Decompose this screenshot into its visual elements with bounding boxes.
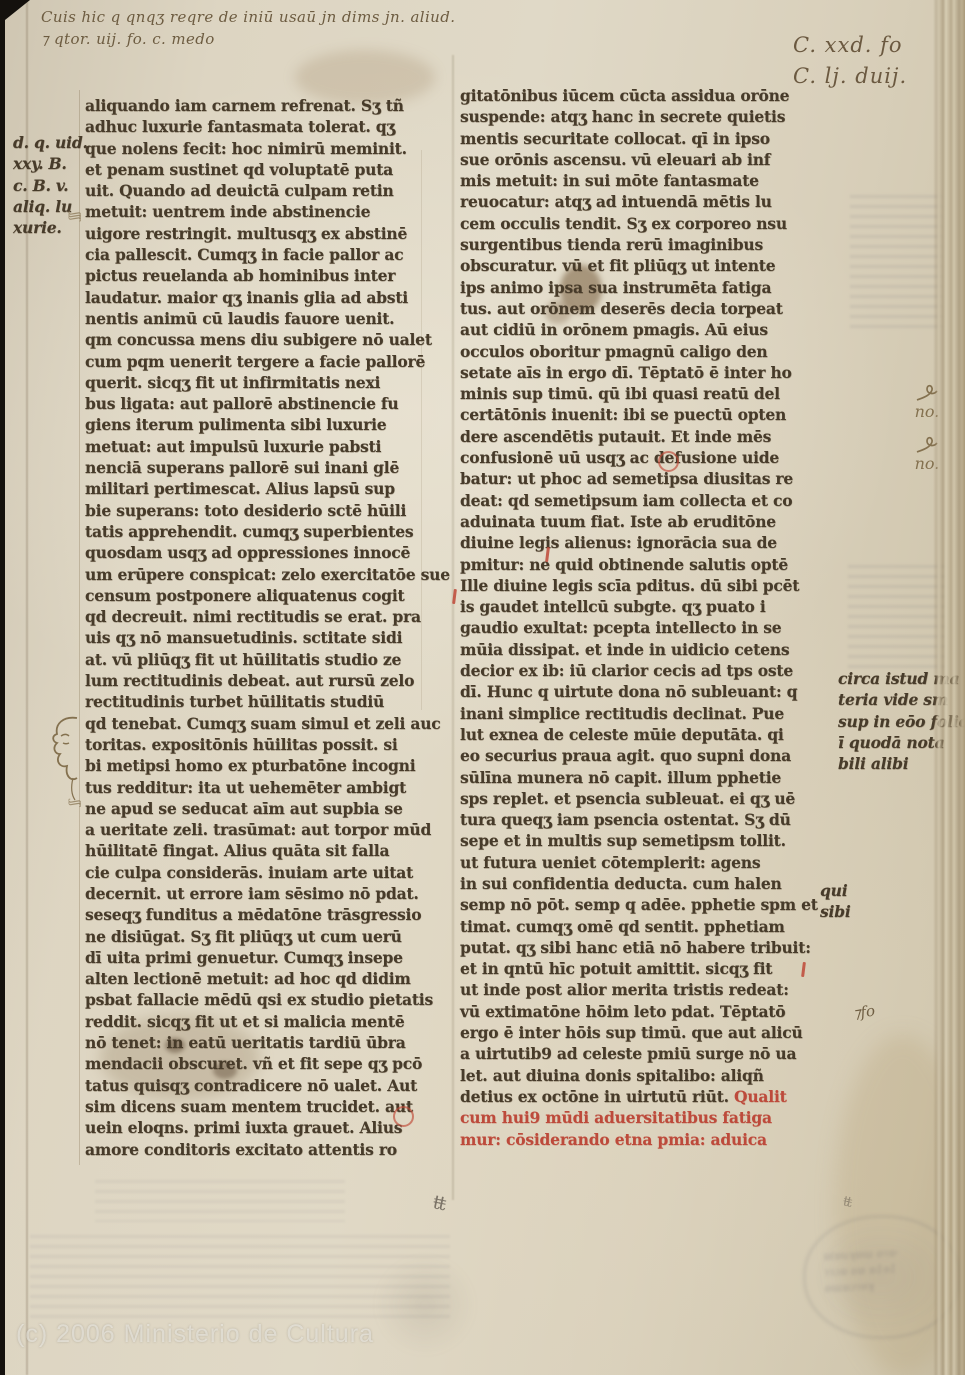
manuscript-text-line: is gaudet intellcū subgte. qʒ puato i <box>460 596 804 617</box>
manuscript-text-line: d. q. uid. <box>13 132 77 153</box>
manuscript-text-line: rectitudinis turbet hūilitatis studiū <box>85 691 429 712</box>
manuscript-text-line: sue orōnis ascensu. vū eleuari ab inf <box>460 149 804 170</box>
manuscript-text-line: in sui confidentia deducta. cum halen <box>460 873 804 894</box>
manuscript-text-line: mis metuit: in sui mōte fantasmate <box>460 170 804 191</box>
manuscript-text-line: cia pallescit. Cumqʒ in facie pallor ac <box>85 244 429 265</box>
manuscript-text-line: decernit. ut errore iam sēsimo nō pdat. <box>85 883 429 904</box>
manuscript-text-line: tus redditur: ita ut uehemēter ambigt <box>85 777 429 798</box>
manuscript-text-line: teria vide sm <box>838 689 948 710</box>
manuscript-text-line: timat. cumqʒ omē qd sentit. pphetiam <box>460 916 804 937</box>
manuscript-text-line: sibi <box>820 901 851 922</box>
manuscript-text-line: que nolens fecit: hoc nimirū meminit. <box>85 138 429 159</box>
manuscript-text-line: surgentibus tienda rerū imaginibus <box>460 234 804 255</box>
folio-mark-line1: C. xxd. fo <box>793 30 907 61</box>
manuscript-text-line: psbat fallacie mēdū qsi ex studio pietat… <box>85 989 429 1010</box>
manuscript-text-line: seseqʒ funditus a mēdatōne trāsgressio <box>85 904 429 925</box>
manuscript-text-line: metuat: aut impulsū luxurie pabsti <box>85 436 429 457</box>
manuscript-text-line: suspende: atqʒ hanc in secrete quietis <box>460 106 804 127</box>
column2-black-text: gitatōnibus iūcem cūcta assidua orōnesus… <box>460 85 804 1086</box>
manuscript-text-line: dere ascendētis putauit. Et inde mēs <box>460 426 804 447</box>
manuscript-text-line: eo securius praua agit. quo supni dona <box>460 745 804 766</box>
ghost-doodle <box>375 1255 475 1355</box>
manuscript-text-line: sim dicens suam mentem trucidet. aut <box>85 1096 429 1117</box>
manuscript-text-line: censum postponere aliquatenus cogit <box>85 585 429 606</box>
manuscript-text-line: qm concussa mens diu subigere nō ualet <box>85 329 429 350</box>
qui-sibi-note: quisibi <box>820 880 851 923</box>
manuscript-text-line: sūlīna munera nō capit. illum pphetie <box>460 767 804 788</box>
header-annotation-line2: ⁊ qtor. uij. fo. c. medo <box>41 28 455 50</box>
text-column-1: aliquando iam carnem refrenat. Sʒ tñadhu… <box>85 95 429 1160</box>
manuscript-text-line: gaudio exultat: pcepta intellecto in se <box>460 617 804 638</box>
manuscript-text-line: uigore restringit. multusqʒ ex abstinē <box>85 223 429 244</box>
manuscript-text-line: diuine legis alienus: ignorācia sua de <box>460 532 804 553</box>
manuscript-text-line: cem occulis tendit. Sʒ ex corporeo nsu <box>460 213 804 234</box>
manuscript-text-line: circa istud ma <box>838 668 948 689</box>
manuscript-text-line: pmitur: ne quid obtinende salutis optē <box>460 554 804 575</box>
page-corner-shadow <box>0 0 30 24</box>
manuscript-text-line: bi metipsi homo ex pturbatōne incogni <box>85 755 429 776</box>
manuscript-text-line: aliquando iam carnem refrenat. Sʒ tñ <box>85 95 429 116</box>
manuscript-text-line: adhuc luxurie fantasmata tolerat. qʒ <box>85 116 429 137</box>
manuscript-text-line: uein eloqns. primi iuxta grauet. Alius <box>85 1117 429 1138</box>
rubric-line-2: mur: cōsiderando etna pmia: aduica <box>460 1129 804 1150</box>
manuscript-text-line: minis sup timū. qū ibi quasi reatū del <box>460 383 804 404</box>
manuscript-text-line: nentis animū cū laudis fauore uenit. <box>85 308 429 329</box>
manuscript-text-line: let. aut diuina donis spitalibo: aliqñ <box>460 1065 804 1086</box>
margin-face-doodle <box>43 712 89 804</box>
manuscript-text-line: tatis apprehendit. cumqʒ superbientes <box>85 521 429 542</box>
text-column-2: gitatōnibus iūcem cūcta assidua orōnesus… <box>460 85 804 1150</box>
manuscript-text-line: vū extimatōne hōim leto pdat. Tēptatō <box>460 1001 804 1022</box>
manuscript-text-line: a uirtutib9 ad celeste pmiū surge nō ua <box>460 1043 804 1064</box>
manuscript-text-line: putat. qʒ sibi hanc etiā nō habere tribu… <box>460 937 804 958</box>
red-paragraph-mark <box>452 589 457 604</box>
red-paragraph-mark <box>801 962 806 977</box>
manuscript-text-line: hūilitatē fingat. Alius quāta sit falla <box>85 840 429 861</box>
manuscript-text-line: nō tenet: in eatū ueritatis tardiū ūbra <box>85 1032 429 1053</box>
manuscript-text-line: ips animo ipsa sua instrumēta fatiga <box>460 277 804 298</box>
manuscript-text-line: batur: ut phoc ad semetipsa diusitas re <box>460 468 804 489</box>
manuscript-text-line: ut inde post alior merita tristis redeat… <box>460 979 804 1000</box>
manuscript-text-line: alten lectionē metuit: ad hoc qd didim <box>85 968 429 989</box>
manuscript-text-line: bili alibi <box>838 753 948 774</box>
manuscript-text-line: uis qʒ nō mansuetudinis. sctitate sidi <box>85 627 429 648</box>
header-annotation-line1: Cuis hic q qnqʒ reqre de iniū usaū jn di… <box>41 6 455 28</box>
pen-trial-mark: ŧŧ <box>841 1193 851 1210</box>
manuscript-text-line: tus. aut orōnem deserēs decia torpeat <box>460 298 804 319</box>
manuscript-text-line: bus ligata: aut pallorē abstinencie fu <box>85 393 429 414</box>
red-touched-initial-ring <box>393 1106 414 1127</box>
showthrough-text <box>30 1235 450 1320</box>
manuscript-text-line: at. vū pliūqʒ fit ut hūilitatis studio z… <box>85 649 429 670</box>
manuscript-text-line: aduinata tuum fiat. Iste ab eruditōne <box>460 511 804 532</box>
manuscript-text-line: sps replet. et psencia subleuat. ei qʒ u… <box>460 788 804 809</box>
manuscript-text-line: nenciā superans pallorē sui inani glē <box>85 457 429 478</box>
showthrough-text <box>848 565 946 673</box>
right-margin-cursive-note: circa istud materia vide smsup in eōo fo… <box>838 668 948 774</box>
manuscript-text-line: mentis securitate collocat. qī in ipso <box>460 128 804 149</box>
manuscript-text-line: dī. Hunc q uirtute dona nō subleuant: q <box>460 681 804 702</box>
manuscript-text-line: lut exnea de celeste mūie deputāta. qi <box>460 724 804 745</box>
page-edge-stack <box>933 0 965 1375</box>
manuscript-text-line: occulos oboritur pmagnū caligo den <box>460 341 804 362</box>
rubric-start: Qualit <box>734 1087 787 1106</box>
manuscript-text-line: tura queqʒ iam psencia ostentat. Sʒ dū <box>460 809 804 830</box>
manuscript-text-line: quosdam usqʒ ad oppressiones innocē <box>85 542 429 563</box>
header-annotation: Cuis hic q qnqʒ reqre de iniū usaū jn di… <box>41 6 455 50</box>
manuscript-text-line: uit. Quando ad deuictā culpam retin <box>85 180 429 201</box>
manuscript-text-line: reddit. sicqʒ fit ut et si malicia mentē <box>85 1011 429 1032</box>
column2-mixed-line: detius ex octōne in uirtutū riūt. Qualit <box>460 1086 804 1107</box>
manuscript-text-line: mūia dissipat. et inde in uidicio cetens <box>460 639 804 660</box>
manuscript-text-line: laudatur. maior qʒ inanis glia ad absti <box>85 287 429 308</box>
red-touched-initial-ring <box>658 451 679 472</box>
manuscript-text-line: metuit: uentrem inde abstinencie <box>85 201 429 222</box>
manuscript-text-line: aut cidiū in orōnem pmagis. Aū eius <box>460 319 804 340</box>
manuscript-text-line: ergo ē inter hōis sup timū. que aut alic… <box>460 1022 804 1043</box>
manuscript-text-line: um erūpere conspicat: zelo exercitatōe s… <box>85 564 429 585</box>
manuscript-text-line: ne disiūgat. Sʒ fit pliūqʒ ut cum uerū <box>85 926 429 947</box>
manuscript-text-line: giens iterum pulimenta sibi luxurie <box>85 414 429 435</box>
manuscript-text-line: ut futura ueniet cōtemplerit: agens <box>460 852 804 873</box>
column2-mixed-black: detius ex octōne in uirtutū riūt. <box>460 1087 734 1106</box>
manuscript-text-line: setate aīs in ergo dī. Tēptatō ē inter h… <box>460 362 804 383</box>
manuscript-text-line: a ueritate zeli. trasūmat: aut torpor mū… <box>85 819 429 840</box>
manuscript-text-line: c. B. v. <box>13 175 77 196</box>
manuscript-text-line: militari pertimescat. Alius lapsū sup <box>85 478 429 499</box>
pen-mark: ⁊fo <box>852 1002 876 1023</box>
manuscript-text-line: querit. sicqʒ fit ut infirmitatis nexi <box>85 372 429 393</box>
rubric-line-1: cum hui9 mūdi aduersitatibus fatiga <box>460 1107 804 1128</box>
manuscript-text-line: qui <box>820 880 851 901</box>
manuscript-text-line: amore conditoris excitato attentis ro <box>85 1139 429 1160</box>
manuscript-text-line: xxy. B. <box>13 153 77 174</box>
margin-squiggle-ornament: ʃʃ <box>67 800 82 860</box>
manuscript-text-line: semp nō pōt. semp q adēe. pphetie spm et <box>460 894 804 915</box>
manuscript-text-line: pictus reuelanda ab hominibus inter <box>85 265 429 286</box>
manuscript-text-line: mendacii obscuret. vñ et fit sepe qʒ pcō <box>85 1053 429 1074</box>
manuscript-text-line: cie culpa considerās. inuiam arte uitat <box>85 862 429 883</box>
showthrough-text <box>850 195 942 335</box>
manuscript-text-line: dī uita primi genuetur. Cumqʒ insepe <box>85 947 429 968</box>
copyright-watermark: (c) 2006 Ministerio de Cultura <box>16 1320 374 1349</box>
ghost-stamp-text: ɒiɒuʞɒɯ ʚɿɒ·ɿɿɔɒ ʚɒ ɒ1ɘ1ʚɯɒɔɿɘʞ <box>823 1243 940 1297</box>
pen-trial-mark: ŧŧ <box>431 1191 447 1215</box>
manuscript-text-line: bie superans: toto desiderio sctē hūili <box>85 500 429 521</box>
manuscript-text-line: obscuratur. vū et fit pliūqʒ ut intente <box>460 255 804 276</box>
manuscript-text-line: confusionē uū usqʒ ac defusione uide <box>460 447 804 468</box>
manuscript-text-line: reuocatur: atqʒ ad intuendā mētis lu <box>460 191 804 212</box>
center-crease <box>452 55 454 1200</box>
manuscript-text-line: deat: qd semetipsum iam collecta et co <box>460 490 804 511</box>
folio-mark-line2: C. lj. duij. <box>793 61 907 92</box>
manuscript-text-line: Ille diuine legis scīa pditus. dū sibi p… <box>460 575 804 596</box>
showthrough-text <box>95 1180 345 1222</box>
manuscript-text-line: ne apud se seducat aīm aut supbia se <box>85 798 429 819</box>
manuscript-text-line: ī quodā nota <box>838 732 948 753</box>
manuscript-text-line: gitatōnibus iūcem cūcta assidua orōne <box>460 85 804 106</box>
manuscript-text-line: et penam sustinet qd voluptatē puta <box>85 159 429 180</box>
manuscript-text-line: inani simplice rectitudis declinat. Pue <box>460 703 804 724</box>
manuscript-text-line: cum pqm uenerit tergere a facie pallorē <box>85 351 429 372</box>
manuscript-text-line: sepe et in multis sup semetipsm tollit. <box>460 830 804 851</box>
margin-squiggle-ornament: ʃʃʃ <box>67 212 82 307</box>
manuscript-scan: Cuis hic q qnqʒ reqre de iniū usaū jn di… <box>0 0 965 1375</box>
folio-marks: C. xxd. fo C. lj. duij. <box>793 30 907 92</box>
manuscript-text-line: qd tenebat. Cumqʒ suam simul et zeli auc <box>85 713 429 734</box>
manuscript-text-line: sup in eōo folio <box>838 711 948 732</box>
manuscript-text-line: decior ex ib: iū clarior cecis ad tps os… <box>460 660 804 681</box>
manuscript-text-line: qd decreuit. nimi rectitudis se erat. pr… <box>85 606 429 627</box>
manuscript-text-line: certātōnis inuenit: ibi se puectū opten <box>460 404 804 425</box>
parchment-page: Cuis hic q qnqʒ reqre de iniū usaū jn di… <box>5 0 965 1375</box>
manuscript-text-line: toritas. expositōnis hūilitas possit. si <box>85 734 429 755</box>
manuscript-text-line: lum rectitudinis debeat. aut rursū zelo <box>85 670 429 691</box>
manuscript-text-line: et in qntū hīc potuit amittit. sicqʒ fit <box>460 958 804 979</box>
manuscript-text-line: tatus quisqʒ contradicere nō ualet. Aut <box>85 1075 429 1096</box>
